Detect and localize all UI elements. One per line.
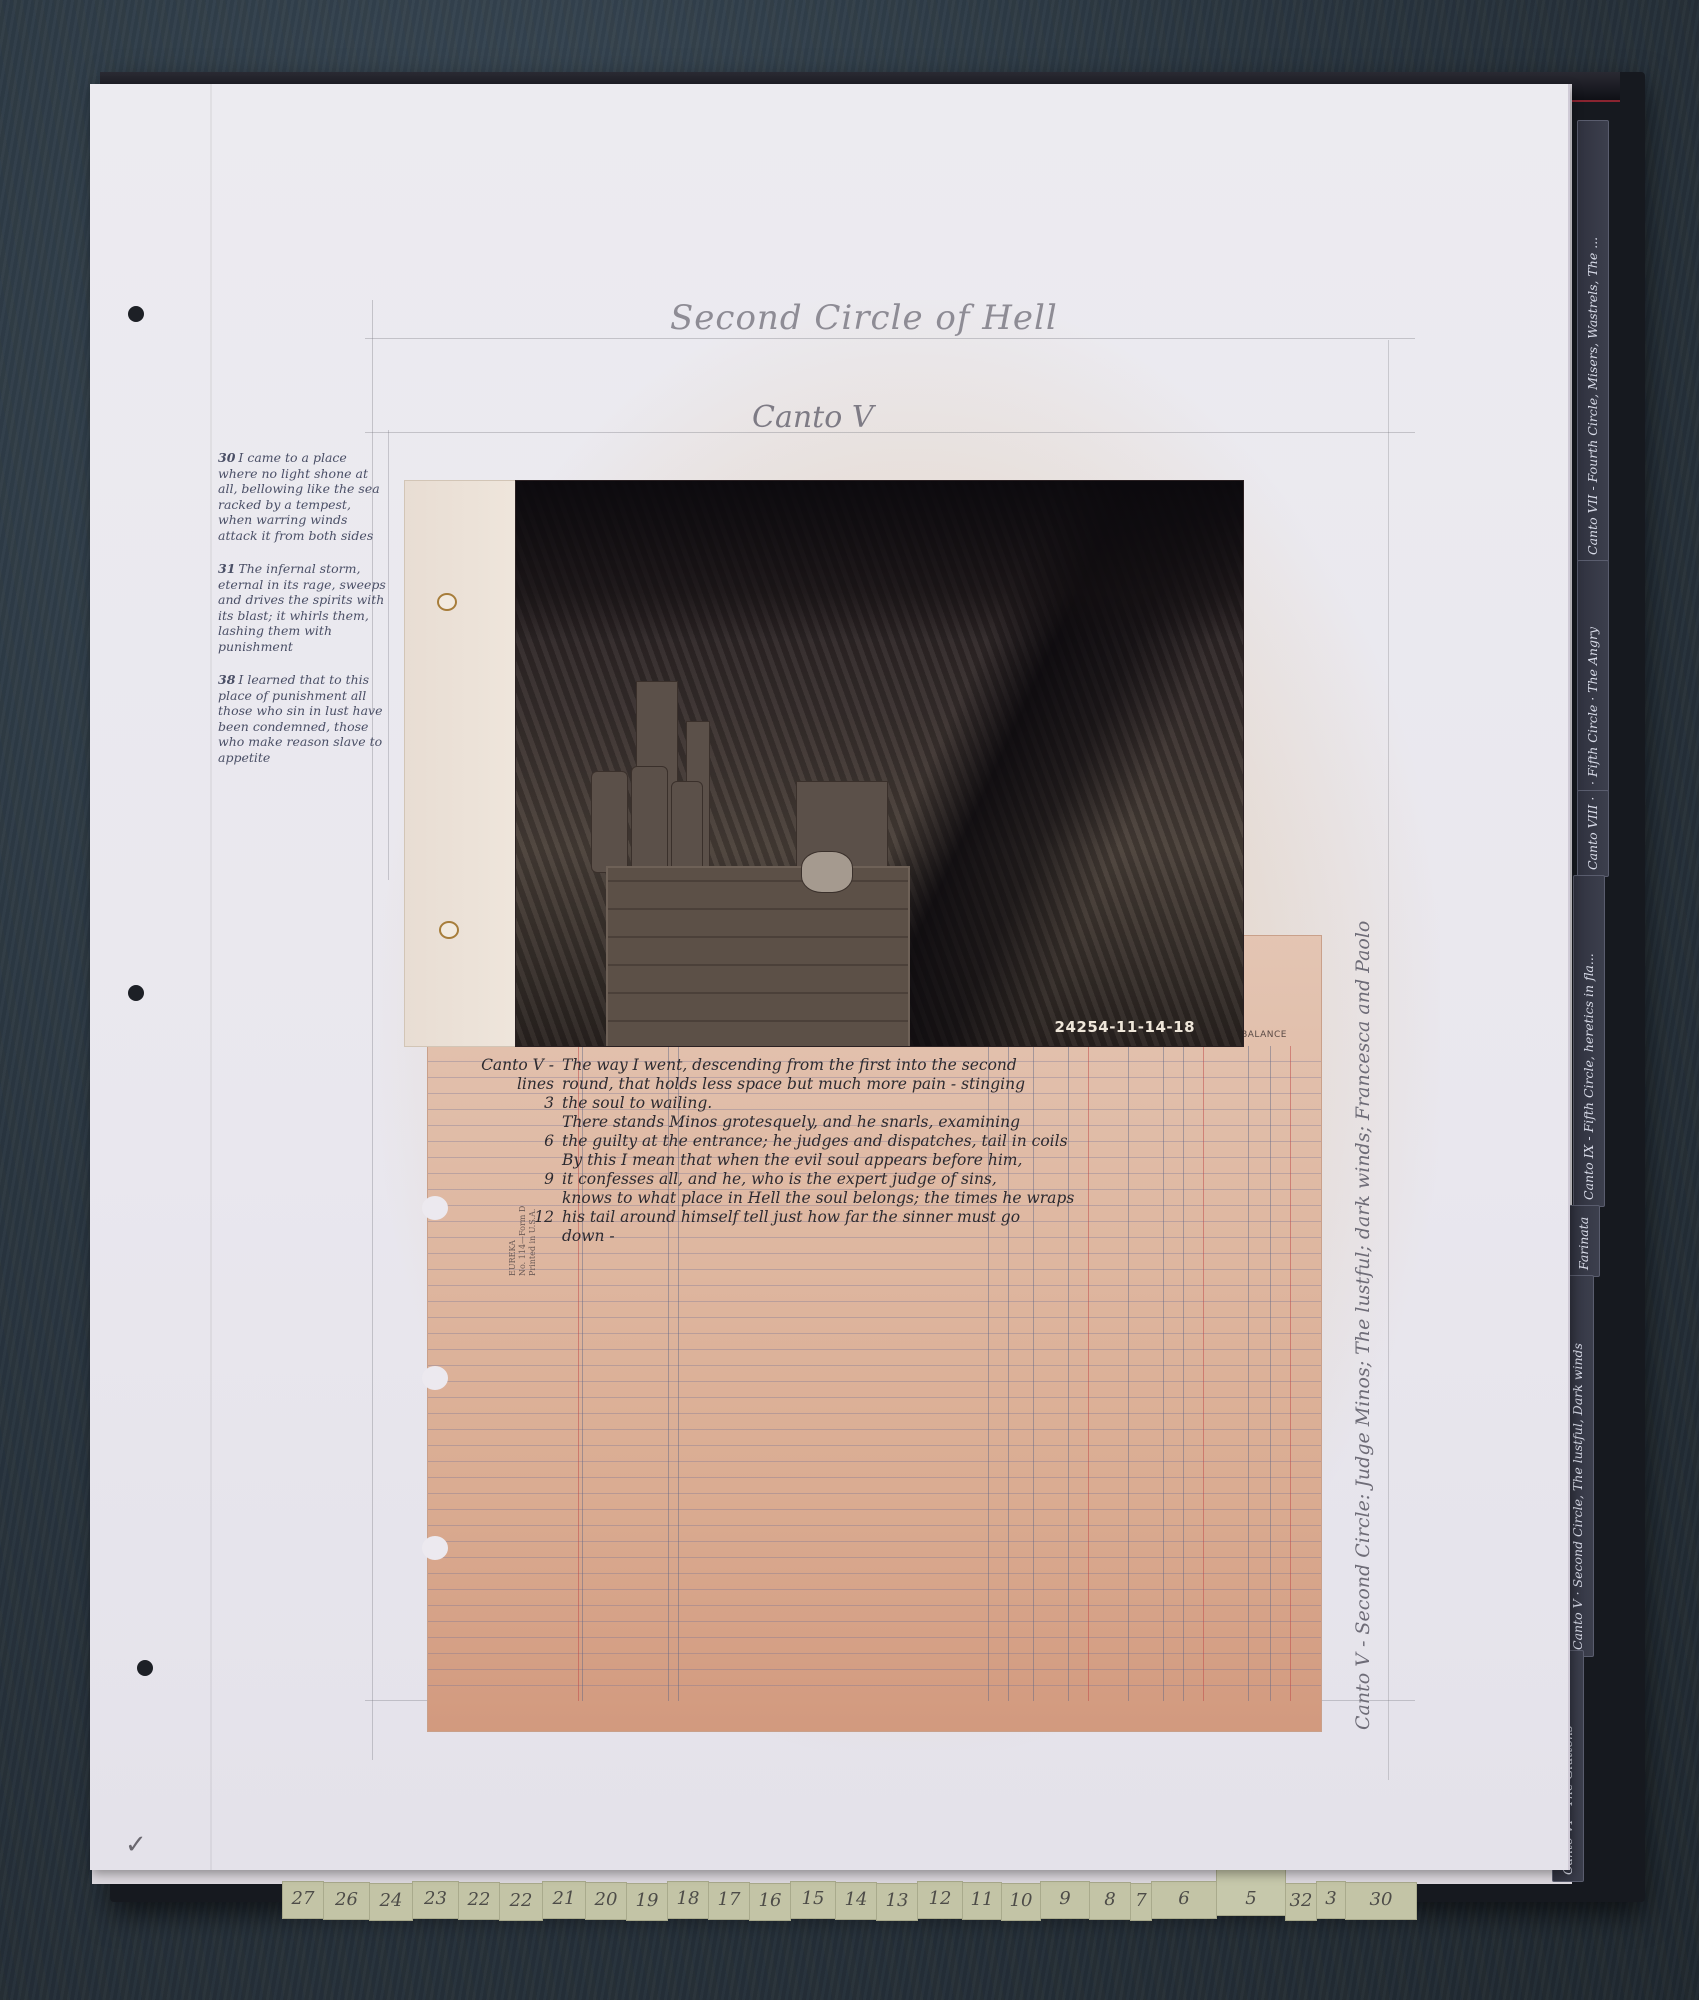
right-margin-note: Canto V - Second Circle: Judge Minos; Th… xyxy=(1352,921,1374,1730)
margin-notes: 30I came to a place where no light shone… xyxy=(218,450,386,783)
note-text: The infernal storm, eternal in its rage,… xyxy=(218,561,386,654)
photo-mount-strip xyxy=(404,480,524,1047)
bottom-tab[interactable]: 32 xyxy=(1285,1883,1317,1921)
bottom-tab[interactable]: 27 xyxy=(282,1881,324,1919)
pipe xyxy=(591,771,628,873)
bottom-tab[interactable]: 3 xyxy=(1316,1881,1346,1919)
bottom-tab[interactable]: 18 xyxy=(667,1881,709,1919)
ledger-punch-hole xyxy=(422,1366,448,1390)
bottom-tab[interactable]: 16 xyxy=(749,1883,791,1921)
side-tab-canto-8[interactable]: Canto VIII · xyxy=(1577,790,1609,877)
margin-rule xyxy=(388,430,389,880)
paint-smear xyxy=(516,481,1243,641)
side-tab-label: Canto IX - Fifth Circle, heretics in fla… xyxy=(1581,953,1596,1200)
bottom-tab[interactable]: 19 xyxy=(626,1883,668,1921)
mount-hole xyxy=(439,921,459,939)
factory-photograph: 24254-11-14-18 xyxy=(515,480,1244,1047)
side-tab-label: Canto V · Second Circle, The lustful, Da… xyxy=(1570,1343,1585,1650)
bottom-tab[interactable]: 11 xyxy=(962,1882,1002,1920)
bottom-tab[interactable]: 21 xyxy=(542,1881,586,1919)
balance-column-label: BALANCE xyxy=(1241,1030,1287,1040)
pipe xyxy=(631,766,668,878)
ledger-line: There stands Minos grotesquely, and he s… xyxy=(438,1113,1298,1132)
bottom-tab[interactable]: 30 xyxy=(1345,1882,1417,1920)
ledger-handwriting: Canto V -The way I went, descending from… xyxy=(438,1056,1298,1246)
side-tab-label: · Fifth Circle · The Angry xyxy=(1585,627,1600,785)
photo-caption: 24254-11-14-18 xyxy=(1055,1018,1195,1036)
binder-hole xyxy=(128,306,144,322)
pencil-guide-line xyxy=(365,338,1415,339)
ledger-punch-hole xyxy=(422,1536,448,1560)
note-text: I learned that to this place of punishme… xyxy=(218,672,383,765)
margin-note: 31The infernal storm, eternal in its rag… xyxy=(218,561,386,654)
bottom-tab[interactable]: 23 xyxy=(412,1881,459,1919)
bottom-tab[interactable]: 13 xyxy=(876,1883,918,1921)
binder-hole xyxy=(128,985,144,1001)
bottom-tab[interactable]: 22 xyxy=(499,1883,543,1921)
bottom-tab[interactable]: 14 xyxy=(835,1882,877,1920)
margin-note: 30I came to a place where no light shone… xyxy=(218,450,386,543)
pencil-guide-line xyxy=(1388,340,1389,1780)
note-text: I came to a place where no light shone a… xyxy=(218,450,380,543)
pencil-guide-line xyxy=(365,432,1415,433)
wooden-crate xyxy=(606,866,910,1047)
bottom-tab[interactable]: 15 xyxy=(790,1881,836,1919)
bottom-tab[interactable]: 24 xyxy=(369,1883,413,1921)
ledger-sheet: BALANCE EUREKA No. 114—Form D Printed in… xyxy=(427,935,1322,1732)
side-tab-canto-7[interactable]: Canto VII - Fourth Circle, Misers, Wastr… xyxy=(1577,120,1609,562)
side-tab-canto-9[interactable]: Canto IX - Fifth Circle, heretics in fla… xyxy=(1573,875,1605,1207)
side-tab-farinata[interactable]: Farinata xyxy=(1568,1205,1600,1277)
margin-note: 38I learned that to this place of punish… xyxy=(218,672,386,765)
canto-title: Canto V xyxy=(752,400,873,435)
bottom-tab[interactable]: 10 xyxy=(1001,1883,1041,1921)
note-number: 38 xyxy=(218,672,235,687)
check-mark: ✓ xyxy=(125,1830,147,1860)
ledger-line: 6the guilty at the entrance; he judges a… xyxy=(438,1132,1298,1151)
ledger-line: 12his tail around himself tell just how … xyxy=(438,1208,1298,1227)
bottom-tab[interactable]: 12 xyxy=(917,1881,963,1919)
side-tab-label: Canto VII - Fourth Circle, Misers, Wastr… xyxy=(1585,237,1600,555)
ledger-line: By this I mean that when the evil soul a… xyxy=(438,1151,1298,1170)
bottom-tab[interactable]: 22 xyxy=(458,1882,500,1920)
bottom-tab[interactable]: 7 xyxy=(1130,1883,1152,1921)
binder-hole xyxy=(137,1660,153,1676)
ledger-line: 3the soul to wailing. xyxy=(438,1094,1298,1113)
bottom-tab[interactable]: 17 xyxy=(708,1882,750,1920)
pipe xyxy=(671,781,703,878)
bottom-tab[interactable]: 8 xyxy=(1089,1882,1131,1920)
side-tab-label: Canto VIII · xyxy=(1585,797,1600,870)
bottom-tab[interactable]: 6 xyxy=(1151,1881,1217,1919)
bottom-tab[interactable]: 26 xyxy=(323,1882,370,1920)
side-tab-label: Farinata xyxy=(1576,1217,1591,1270)
casting xyxy=(801,851,853,893)
ledger-line: Canto V -The way I went, descending from… xyxy=(438,1056,1298,1075)
bottom-tab[interactable]: 9 xyxy=(1040,1881,1090,1919)
ledger-line: linesround, that holds less space but mu… xyxy=(438,1075,1298,1094)
ledger-line: knows to what place in Hell the soul bel… xyxy=(438,1189,1298,1208)
note-number: 30 xyxy=(218,450,235,465)
ledger-line: 9it confesses all, and he, who is the ex… xyxy=(438,1170,1298,1189)
bottom-tab[interactable]: 20 xyxy=(585,1882,627,1920)
mount-hole xyxy=(437,593,457,611)
note-number: 31 xyxy=(218,561,235,576)
ledger-line: down - xyxy=(438,1227,1298,1246)
page-heading: Second Circle of Hell xyxy=(670,298,1058,338)
side-tab-fifth-circle[interactable]: · Fifth Circle · The Angry xyxy=(1577,560,1609,792)
page-fold xyxy=(210,84,212,1870)
